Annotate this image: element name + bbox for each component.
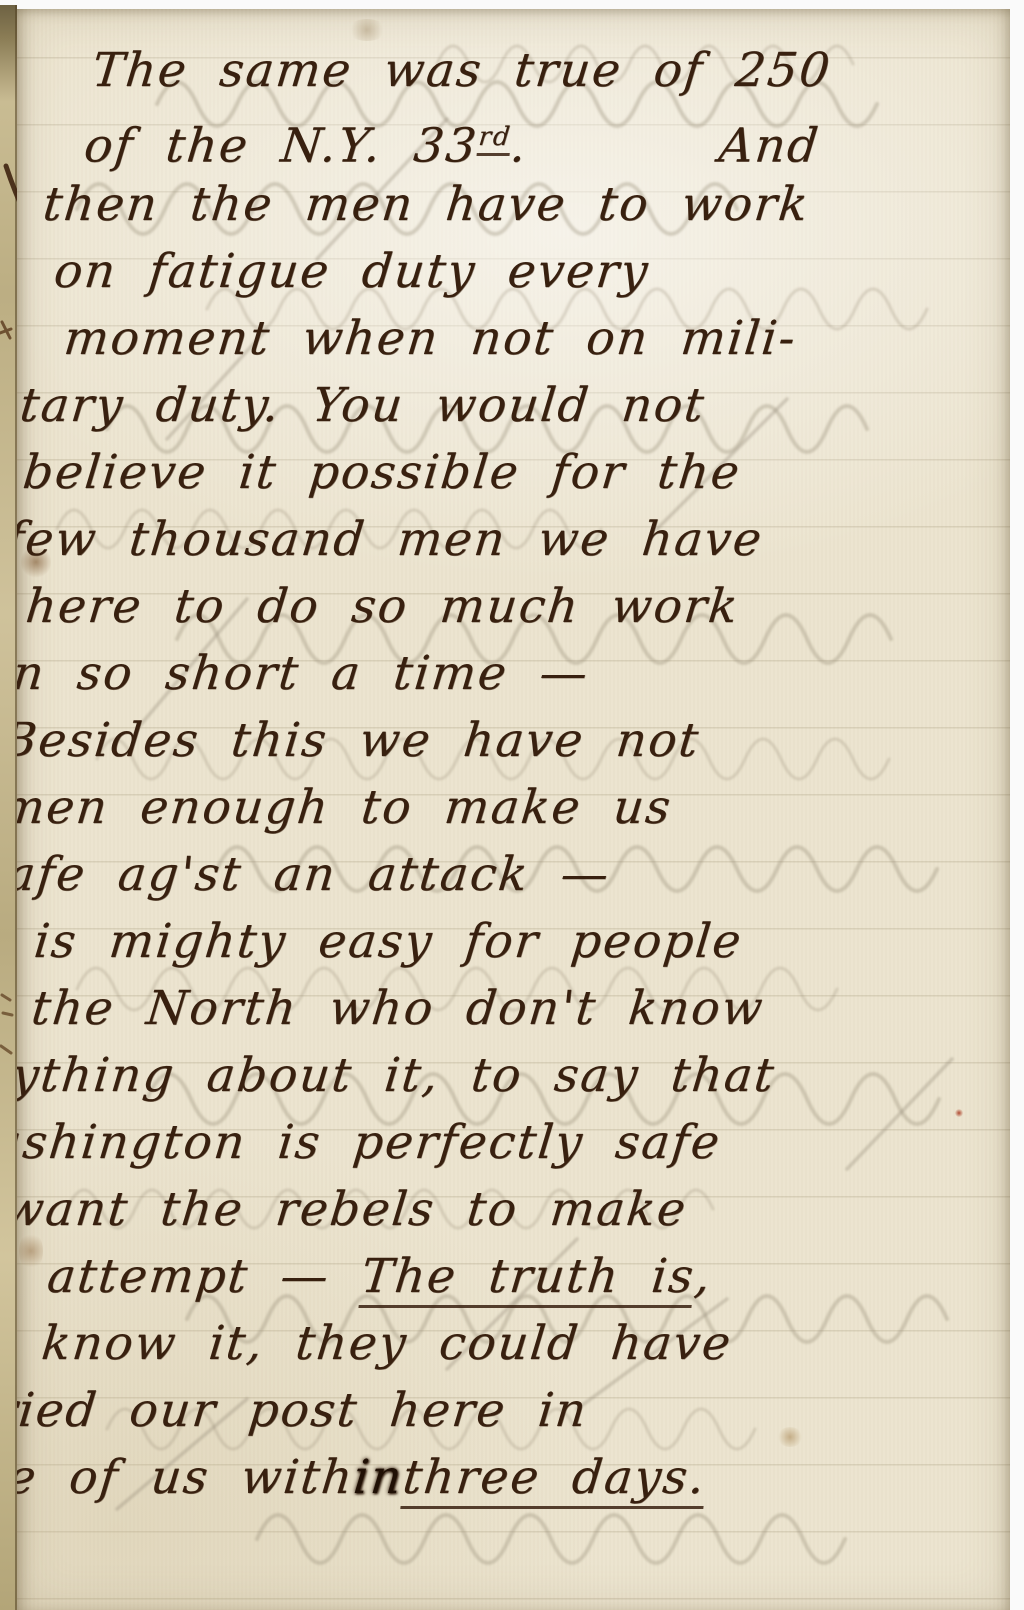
letter-text-segment: Besides this we have not <box>17 713 703 768</box>
letter-line: men enough to make us <box>17 774 923 841</box>
letter-line: few thousand men we have <box>17 506 951 573</box>
letter-text-segment: of the N.Y. 33 <box>82 119 481 174</box>
letter-text-segment: It is mighty easy for people <box>17 914 745 969</box>
letter-text-segment: moment when not on mili- <box>61 311 799 366</box>
letter-line: & want the rebels to make <box>17 1176 880 1243</box>
letter-text-segment: & want the rebels to make <box>17 1182 690 1237</box>
letter-page: The same was true of 250of the N.Y. 33rd… <box>17 9 1010 1610</box>
letter-line: It is mighty easy for people <box>17 908 908 975</box>
letter-text-segment: the attempt — <box>17 1249 365 1304</box>
scanned-letter: The same was true of 250of the N.Y. 33rd… <box>0 0 1024 1610</box>
letter-line: safe ag'st an attack — <box>17 841 915 908</box>
letter-line: the attempt — The truth is, <box>17 1243 873 1310</box>
letter-line: carried our post here in <box>17 1377 859 1444</box>
letter-text-segment: on fatigue duty every <box>51 244 652 299</box>
letter-text-segment: tary duty. You would not <box>17 378 708 433</box>
letter-text-segment: carried our post here in <box>17 1383 591 1438</box>
letter-text-segment: The truth is <box>358 1249 697 1308</box>
letter-text-segment: in <box>351 1450 406 1505</box>
letter-line: spite of us withinthree days. <box>17 1444 852 1511</box>
letter-line: believe it possible for the <box>20 439 958 506</box>
letter-text-segment: three days. <box>400 1450 709 1509</box>
letter-text-segment: at the North who don't know <box>17 981 767 1036</box>
letter-text: The same was true of 250of the N.Y. 33rd… <box>17 37 1000 1511</box>
letter-line: here to do so much work <box>23 573 944 640</box>
letter-text-segment: safe ag'st an attack — <box>17 847 613 902</box>
letter-line: anything about it, to say that <box>17 1042 894 1109</box>
letter-text-segment: & I know it, they could have <box>17 1316 735 1371</box>
letter-text-segment: in so short a time — <box>17 646 592 701</box>
letter-text-segment: here to do so much work <box>23 579 742 634</box>
letter-text-segment: then the men have to work <box>41 177 813 232</box>
letter-text-segment: believe it possible for the <box>20 445 743 500</box>
letter-line: Washington is perfectly safe <box>17 1109 887 1176</box>
letter-line: moment when not on mili- <box>61 305 972 372</box>
letter-text-segment: Washington is perfectly safe <box>17 1115 724 1170</box>
letter-line: & I know it, they could have <box>17 1310 866 1377</box>
letter-line: The same was true of 250 <box>89 37 1000 104</box>
letter-line: in so short a time — <box>17 640 937 707</box>
letter-text-segment: rd <box>477 122 513 156</box>
letter-text-segment: men enough to make us <box>17 780 675 835</box>
letter-line: Besides this we have not <box>17 707 930 774</box>
letter-line: on fatigue duty every <box>51 238 979 305</box>
letter-text-segment: The same was true of 250 <box>90 43 835 98</box>
letter-line: tary duty. You would not <box>17 372 965 439</box>
letter-text-segment: anything about it, to say that <box>17 1048 778 1103</box>
letter-text-segment: . And <box>508 119 823 174</box>
letter-text-segment: few thousand men we have <box>17 512 766 567</box>
letter-line: then the men have to work <box>40 171 986 238</box>
letter-line: at the North who don't know <box>17 975 901 1042</box>
letter-line: of the N.Y. 33rd. And <box>82 104 993 171</box>
letter-text-segment: spite of us with <box>17 1450 357 1505</box>
